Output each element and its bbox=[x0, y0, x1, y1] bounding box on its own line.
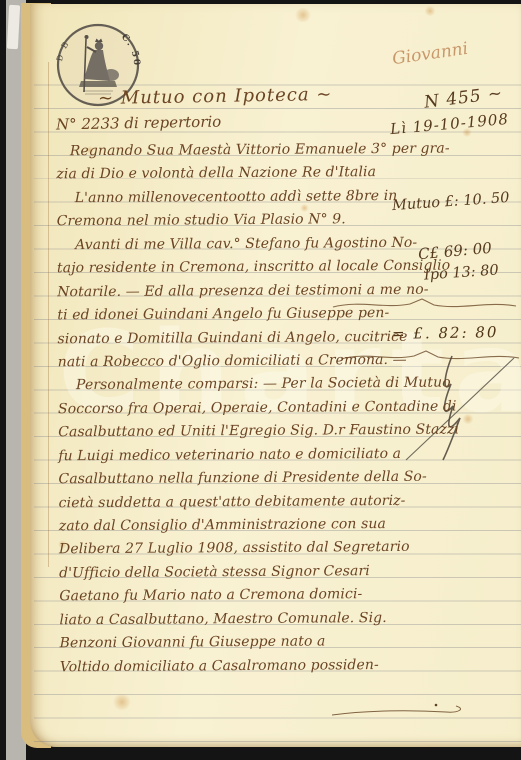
page-corner-fold bbox=[7, 5, 20, 50]
foxing-stain bbox=[112, 694, 132, 710]
foxing-stain bbox=[294, 8, 312, 22]
manuscript-line: Voltido domiciliato a Casalromano possid… bbox=[60, 653, 432, 679]
manuscript-line: Gaetano fu Mario nato a Cremona domici- bbox=[59, 583, 431, 609]
manuscript-line: tajo residente in Cremona, inscritto al … bbox=[57, 255, 429, 281]
manuscript-line: nati a Robecco d'Oglio domiciliati a Cre… bbox=[58, 349, 430, 375]
manuscript-line: Personalmente comparsi: — Per la Società… bbox=[58, 372, 430, 398]
scanned-notarial-deed: Charta D B C. 50 ~ Mutuo con Ipoteca ~ N… bbox=[0, 0, 521, 760]
manuscript-line: zato dal Consiglio d'Amministrazione con… bbox=[59, 513, 431, 539]
manuscript-line: Casalbuttano ed Uniti l'Egregio Sig. D.r… bbox=[58, 419, 430, 445]
manuscript-line: Cremona nel mio studio Via Plasio N° 9. bbox=[57, 208, 429, 234]
manuscript-line: Delibera 27 Luglio 1908, assistito dal S… bbox=[59, 536, 431, 562]
foxing-stain bbox=[424, 6, 436, 16]
manuscript-line: Soccorso fra Operai, Operaie, Contadini … bbox=[58, 396, 430, 422]
margin-crease-line bbox=[48, 62, 49, 567]
manuscript-line: fu Luigi medico veterinario nato e domic… bbox=[58, 442, 430, 468]
manuscript-line: L'anno millenovecentootto addì sette 8br… bbox=[56, 185, 428, 211]
manuscript-line: Avanti di me Villa cav.° Stefano fu Agos… bbox=[57, 231, 429, 257]
manuscript-line: Benzoni Giovanni fu Giuseppe nato a bbox=[60, 630, 432, 656]
deed-title: ~ Mutuo con Ipoteca ~ bbox=[98, 84, 333, 109]
manuscript-line: cietà suddetta a quest'atto debitamente … bbox=[59, 489, 431, 515]
repertorio-number: N° 2233 di repertorio bbox=[56, 113, 222, 134]
manuscript-line: Notarile. — Ed alla presenza dei testimo… bbox=[57, 278, 429, 304]
manuscript-line: d'Ufficio della Società stessa Signor Ce… bbox=[59, 560, 431, 586]
manuscript-line: liato a Casalbuttano, Maestro Comunale. … bbox=[59, 606, 431, 632]
manuscript-body: Regnando Sua Maestà Vittorio Emanuele 3°… bbox=[56, 138, 432, 680]
manuscript-line: Casalbuttano nella funzione di President… bbox=[58, 466, 430, 492]
manuscript-line: Regnando Sua Maestà Vittorio Emanuele 3°… bbox=[56, 138, 428, 164]
manuscript-line: zia di Dio e volontà della Nazione Re d'… bbox=[56, 161, 428, 187]
manuscript-line: sionato e Domitilla Guindani di Angelo, … bbox=[57, 325, 429, 351]
manuscript-line: ti ed idonei Guindani Angelo fu Giuseppe… bbox=[57, 302, 429, 328]
closing-flourish-icon bbox=[328, 700, 476, 724]
